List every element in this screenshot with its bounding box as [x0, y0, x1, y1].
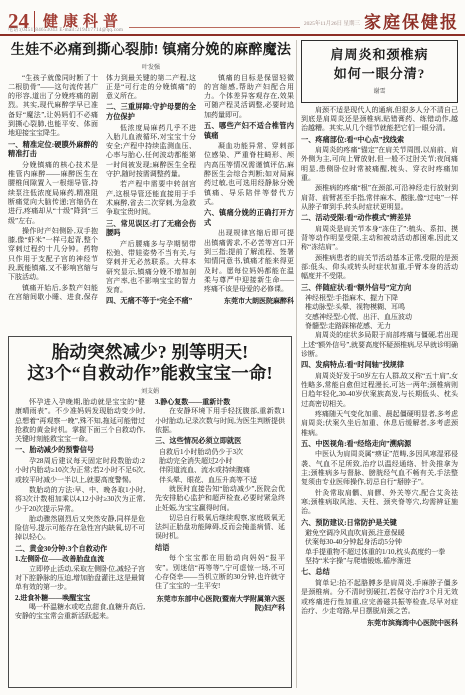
article-block-p: 颈椎病患者的肩关节活动基本正常,受限的是颈部:低头、仰头或转头时症状加重,手臂本…: [301, 254, 458, 282]
right-article-body: 肩颈不适是现代人的通病,但很多人分不清自己到底是肩周炎还是颈椎病,贴错膏药、练错…: [301, 106, 458, 674]
article-shoulder-vs-cervical: 肩周炎和颈椎病 如何一眼分清? 谢雪 肩颈不适是现代人的通病,但很多人分不清自己…: [301, 40, 458, 690]
article-block-p: “生孩子就像同时断了十二根肋骨”——这句流传甚广的形容,道出了分娩疼痛的剧烈。其…: [8, 74, 98, 139]
article-block-p: 中医认为肩周炎属“痹证”范畴,多因风寒湿邪侵袭、气血不足所致,治疗以温经通络、针…: [301, 450, 458, 487]
article-block-p: 立即停止活动,采取左侧卧位,减轻子宫对下腔静脉的压迫,增加胎盘灌注,这是最简单有…: [15, 565, 145, 593]
article-block-num: 1.左侧卧位——改善胎盘血流: [15, 555, 145, 564]
article-block-h: 三、这些情况必须立即就医: [155, 437, 285, 447]
article-block-p: 出现规律宫缩后即可提出镇痛需求,不必苦等宫口开到三指;提前了解流程、签署知情同意…: [204, 229, 294, 294]
article-block-num: 2.进食补糖——唤醒宝宝: [15, 594, 145, 603]
article-block-h: 二、黄金30分钟:3个自救动作: [15, 545, 145, 555]
article-block-p: 疼痛随天气变化加重、晨起僵硬明显者,多考虑肩周炎;伏案久坐后加重、休息后缓解者,…: [301, 410, 458, 438]
box-byline: 刘支娟: [15, 386, 285, 395]
box-headline-line1: 胎动突然减少? 别等明天!: [15, 342, 285, 363]
article-block-li: 坚持“米字操”与爬墙锻炼,循序渐进: [301, 557, 458, 566]
article-block-h: 三、伴随症状:看“额外信号”定方向: [301, 284, 458, 294]
article-block-h: 六、镇痛分娩的正确打开方式: [204, 209, 294, 228]
right-headline-box: 肩周炎和颈椎病 如何一眼分清? 谢雪: [301, 40, 458, 103]
article-block-li: 胎动完全消失超过2小时: [155, 457, 285, 466]
article-block-p: 喝一杯温糖水或吃点甜食,血糖升高后,安静的宝宝常会重新活跃起来。: [15, 603, 145, 622]
article-block-p: 胎动骤然剧烈后又突然安静,同样是危险信号,提示可能存在急性宫内缺氧,切不可掉以轻…: [15, 515, 145, 543]
article-block-li: 脊髓型:走路踩棉花感、无力: [301, 322, 458, 331]
article-block-p: 颈椎病的疼痛“根”在颈部,可沿神经走行放射到肩背、前臂甚至手指,常伴麻木、酸胀,…: [301, 184, 458, 212]
right-byline: 谢雪: [305, 86, 454, 95]
article-block-h: 七、总结: [301, 568, 458, 578]
article-block-p: 分娩镇痛的核心技术是椎管内麻醉——麻醉医生在腰椎间隙置入一根细导管,持续泵注低浓…: [8, 161, 98, 226]
article-fetal-movement: 胎动突然减少? 别等明天! 这3个“自救动作”能救宝宝一命! 刘支娟 怀孕进入孕…: [8, 336, 292, 688]
article-block-p: 肩颈不适是现代人的通病,但很多人分不清自己到底是肩周炎还是颈椎病,贴错膏药、练错…: [301, 106, 458, 134]
article-block-attr: 东莞市东部中心医院(暨南大学附属第六医院)妇产科: [155, 595, 285, 614]
article-block-li: 自救后1小时胎动仍少于3次: [155, 448, 285, 457]
article-block-h: 五、中医视角:看“经络走向”溯病源: [301, 440, 458, 450]
date-line: 2025年11月26日 星期三: [304, 19, 360, 27]
article-block-h: 五、哪些产妇不适合椎管内镇痛: [204, 122, 294, 141]
article-block-h: 四、发病特点:看“时间轴”找规律: [301, 361, 458, 371]
article-block-li: 单手提重物不超过体重的1/10,枕头高度约一拳: [301, 548, 458, 557]
article-block-p: 数胎动的方法:早、中、晚各取1小时,将3次计数相加乘以4,12小时≥30次为正常…: [15, 486, 145, 514]
article-block-li: 交感神经型:心慌、出汗、血压波动: [301, 313, 458, 322]
article-block-attr: 东莞市大朗医院麻醉科: [204, 297, 294, 306]
column-divider: [296, 40, 297, 688]
main-byline: 叶发强: [8, 62, 294, 71]
article-block-h: 一、精准定位:硬膜外麻醉的精准打击: [8, 141, 98, 160]
article-block-h: 一、胎动减少的预警信号: [15, 446, 145, 456]
article-block-h: 四、无痛不等于“完全不痛”: [106, 297, 196, 307]
newspaper-masthead: 家庭保健报: [364, 14, 459, 31]
article-block-p: 产后腰痛多与孕期韧带松弛、带娃姿势不当有关,与穿刺并无必然联系。大样本研究显示,…: [106, 240, 196, 296]
article-block-h: 三、常见误区:打了无痛会伤腰吗: [106, 220, 196, 239]
article-block-p: 若产程中需要中转剖宫产,这根导管还能直接用于手术麻醉,省去二次穿刺,为急救争取宝…: [106, 180, 196, 217]
article-block-p: 简单记:抬不起胳膊多是肩周炎,手麻脖子僵多是颈椎病。分不清时别硬扛,若保守治疗3…: [301, 579, 458, 616]
top-rule: [0, 34, 465, 36]
article-block-p: 肩周炎是肩关节本身“冻住了”:梳头、系扣、摸背等动作明显受限,主动和被动活动都困…: [301, 225, 458, 253]
article-block-p: 镇痛的目标是保留轻微的宫缩感,帮助产妇配合用力。个体差异客观存在,效果可随产程灵…: [204, 74, 294, 120]
contact-line: 电话:(0451)84653043 E-mail:219417714@qq.co…: [8, 26, 123, 33]
article-block-p: 针灸常取肩髃、肩髎、外关等穴,配合艾灸祛寒;颈椎病取风池、天柱、颈夹脊等穴,均需…: [301, 489, 458, 517]
article-block-p: 肩周炎的疼痛“锚定”在肩关节周围,以肩前、肩外侧为主,可向上臂放射,但一般不过肘…: [301, 146, 458, 183]
header-rule: [129, 26, 300, 28]
main-article-columns: “生孩子就像同时断了十二根肋骨”——这句流传甚广的形容,道出了分娩疼痛的剧烈。其…: [8, 74, 294, 318]
article-block-li: 伴头晕、眼花、血压升高等不适: [155, 476, 285, 485]
article-block-p: 在安静环境下用手轻抚腹部,重新数1小时胎动,记录次数与时间,为医生判断提供依据。: [155, 407, 285, 435]
article-block-li: 椎动脉型:头晕、视物模糊、耳鸣: [301, 303, 458, 312]
article-block-h: 二、活动受限:看“动作模式”辨差异: [301, 214, 458, 224]
article-block-p: 每个宝宝都在用胎动向妈妈“报平安”。别迷信“再等等”,宁可虚惊一场,不可心存侥幸…: [155, 554, 285, 591]
newspaper-page: 24 健康科普 2025年11月26日 星期三 家庭保健报 电话:(0451)8…: [0, 0, 465, 695]
box-headline-line2: 这3个“自救动作”能救宝宝一命!: [15, 363, 285, 384]
right-headline-line1: 肩周炎和颈椎病: [305, 46, 454, 65]
article-block-h: 六、预防建议:日常防护是关键: [301, 519, 458, 529]
article-block-h: 一、疼痛部位:看“中心点”找线索: [301, 136, 458, 146]
article-block-p: 肩周炎的症状多局限于肩部疼痛与僵硬,若出现上述“额外信号”,就要高度怀疑颈椎病,…: [301, 331, 458, 359]
article-labor-analgesia: 生娃不必痛到撕心裂肺! 镇痛分娩的麻醉魔法 叶发强 “生孩子就像同时断了十二根肋…: [8, 40, 294, 330]
article-block-h: 结语: [155, 544, 285, 554]
article-block-p: 肩周炎好发于50岁左右人群,故又称“五十肩”,女性略多,常能自愈但过程漫长,可达…: [301, 372, 458, 409]
article-block-li: 伴阴道流血、流水或持续腹痛: [155, 466, 285, 475]
right-headline-line2: 如何一眼分清?: [305, 65, 454, 84]
article-block-p: 怀孕进入孕晚期,胎动就是宝宝的“健康晴雨表”。不少准妈妈发现胎动变少时,总想着“…: [15, 398, 145, 444]
article-block-li: 伏案每30-40分钟起身活动5分钟: [301, 538, 458, 547]
article-block-p: 切忌自行吸氧后继续观察,家庭吸氧无法纠正胎盘功能障碍,反而会掩盖病情、延误时机。: [155, 514, 285, 542]
box-article-columns: 怀孕进入孕晚期,胎动就是宝宝的“健康晴雨表”。不少准妈妈发现胎动变少时,总想着“…: [15, 398, 285, 666]
main-headline: 生娃不必痛到撕心裂肺! 镇痛分娩的麻醉魔法: [8, 42, 294, 60]
article-block-p: 凝血功能异常、穿刺部位感染、严重脊柱畸形、颅内高压等情况需谨慎评估,麻醉医生会综…: [204, 142, 294, 207]
article-block-h: 二、三重屏障:守护母婴的全方位保护: [106, 103, 196, 122]
article-block-attr: 东莞市滨海湾中心医院中医科: [301, 619, 458, 628]
article-block-num: 3.静心复数——重新计数: [155, 398, 285, 407]
article-block-p: 低浓度局麻药几乎不进入胎儿血液循环,对宝宝十分安全;产程中持续监测血压、心率与胎…: [106, 124, 196, 180]
article-block-p: 操作时产妇侧卧,双手抱膝,像“虾米”一样弓起背,整个穿刺过程约十几分钟。药物只作…: [8, 227, 98, 283]
article-block-p: 孕28周后建议每天固定时段数胎动:2小时内胎动≥10次为正常;若2小时不足6次,…: [15, 457, 145, 485]
article-block-p: 就医时直接告知“胎动减少”,医院会优先安排胎心监护和超声检查,必要时紧急终止妊娠…: [155, 485, 285, 513]
